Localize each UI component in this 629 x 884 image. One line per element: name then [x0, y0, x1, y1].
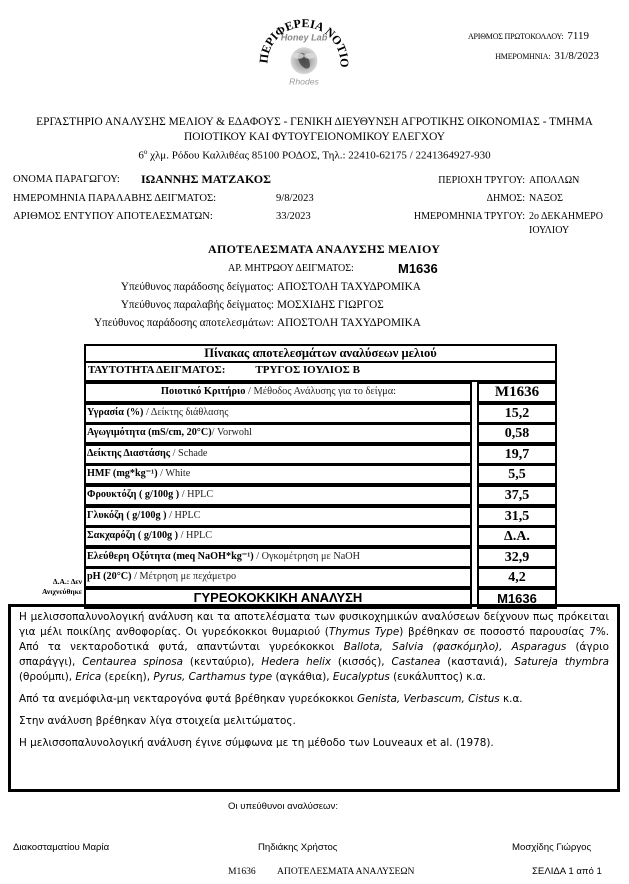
responsible-receipt-value: ΜΟΣΧΙΔΗΣ ΓΙΩΡΓΟΣ — [277, 299, 384, 311]
receipt-date: 9/8/2023 — [276, 193, 314, 204]
criteria-header-label: Ποιοτικό Κριτήριο / Μέθοδος Ανάλυσης για… — [84, 382, 472, 403]
region-logo: ΠΕΡΙΦΕΡΕΙΑ ΝΟΤΙΟΥ ΑΙΓΑΙΟΥ Honey Lab Rhod… — [256, 6, 352, 102]
responsible-delivery-label: Υπεύθυνος παράδοσης δείγματος: — [121, 281, 274, 293]
table-row-value: 32,9 — [477, 547, 557, 568]
table-row-label: Ελεύθερη Οξύτητα (meq NaOH*kg⁻¹) / Ογκομ… — [84, 547, 472, 568]
harvest-area: ΑΠΟΛΛΩΝ — [529, 175, 579, 186]
responsible-delivery-value: ΑΠΟΣΤΟΛΗ ΤΑΧΥΔΡΟΜΙΚΑ — [277, 281, 421, 293]
table-row-label: Γλυκόζη ( g/100g ) / HPLC — [84, 506, 472, 527]
responsible-receipt-label: Υπεύθυνος παραλαβής δείγματος: — [121, 299, 274, 311]
svg-text:Rhodes: Rhodes — [289, 77, 319, 87]
harvest-date-label: ΗΜΕΡΟΜΗΝΙΑ ΤΡΥΓΟΥ: — [414, 211, 525, 222]
lab-address: 6ο χλμ. Ρόδου Καλλιθέας 85100 ΡΟΔΟΣ, Τηλ… — [0, 148, 629, 162]
results-title: ΑΠΟΤΕΛΕΣΜΑΤΑ ΑΝΑΛΥΣΗΣ ΜΕΛΙΟΥ — [208, 242, 440, 257]
signatory-1: Διακοσταματίου Μαρία — [13, 842, 109, 853]
pollen-paragraph-4: Η μελισσοπαλυνολογική ανάλυση έγινε σύμφ… — [19, 736, 609, 751]
municipality: ΝΑΞΟΣ — [529, 193, 563, 204]
signatory-2: Πηδιάκης Χρήστος — [258, 842, 337, 853]
footer-page: ΣΕΛΙΔΑ 1 από 1 — [532, 866, 602, 877]
table-row-value: 15,2 — [477, 403, 557, 424]
table-row-label: Φρουκτόζη ( g/100g ) / HPLC — [84, 485, 472, 506]
footer-code: M1636 — [228, 866, 256, 877]
responsible-results-label: Υπεύθυνος παράδοσης αποτελεσμάτων: — [94, 317, 274, 329]
form-number: 33/2023 — [276, 211, 311, 222]
na-legend: Δ.Α.: Δεν Ανιχνεύθηκε — [10, 577, 82, 597]
table-row-label: pH (20°C) / Μέτρηση με πεχάμετρο — [84, 567, 472, 588]
table-row-value: 31,5 — [477, 506, 557, 527]
sample-identity-row: ΤΑΥΤΟΤΗΤΑ ΔΕΙΓΜΑΤΟΣ:ΤΡΥΓΟΣ ΙΟΥΛΙΟΣ Β — [84, 361, 557, 382]
producer-name: ΙΩΑΝΝΗΣ ΜΑΤΖΑΚΟΣ — [141, 172, 271, 187]
protocol-date: ΗΜΕΡΟΜΗΝΙΑ:31/8/2023 — [495, 50, 599, 62]
protocol-number: ΑΡΙΘΜΟΣ ΠΡΩΤΟΚΟΛΛΟΥ:7119 — [468, 30, 589, 42]
table-row-value: 37,5 — [477, 485, 557, 506]
sample-reg-number: M1636 — [398, 261, 438, 276]
footer-title: ΑΠΟΤΕΛΕΣΜΑΤΑ ΑΝΑΛΥΣΕΩΝ — [277, 866, 414, 877]
producer-name-label: ΟΝΟΜΑ ΠΑΡΑΓΩΓΟΥ: — [13, 174, 120, 185]
table-row-value: 0,58 — [477, 423, 557, 444]
honey-lab-emblem-icon: ΠΕΡΙΦΕΡΕΙΑ ΝΟΤΙΟΥ ΑΙΓΑΙΟΥ Honey Lab Rhod… — [256, 6, 352, 102]
table-row-value: Δ.Α. — [477, 526, 557, 547]
table-row-label: Υγρασία (%) / Δείκτης διάθλασης — [84, 403, 472, 424]
table-row-label: Αγωγιμότητα (mS/cm, 20°C)/ Vorwohl — [84, 423, 472, 444]
lab-name-line1: ΕΡΓΑΣΤΗΡΙΟ ΑΝΑΛΥΣΗΣ ΜΕΛΙΟΥ & ΕΔΑΦΟΥΣ - Γ… — [0, 115, 629, 130]
table-row-value: 5,5 — [477, 464, 557, 485]
harvest-date-line1: 2ο ΔΕΚΑΗΜΕΡΟ — [529, 211, 603, 222]
table-row-label: Σακχαρόζη ( g/100g ) / HPLC — [84, 526, 472, 547]
form-number-label: ΑΡΙΘΜΟΣ ΕΝΤΥΠΟΥ ΑΠΟΤΕΛΕΣΜΑΤΩΝ: — [13, 211, 213, 222]
pollen-paragraph-1: Η μελισσοπαλυνολογική ανάλυση και τα απο… — [19, 610, 609, 685]
responsible-results-value: ΑΠΟΣΤΟΛΗ ΤΑΧΥΔΡΟΜΙΚΑ — [277, 317, 421, 329]
sample-reg-label: ΑΡ. ΜΗΤΡΩΟΥ ΔΕΙΓΜΑΤΟΣ: — [228, 263, 354, 274]
criteria-header-value: M1636 — [477, 382, 557, 403]
harvest-date-line2: ΙΟΥΛΙΟΥ — [529, 225, 569, 236]
svg-text:Honey Lab: Honey Lab — [281, 33, 328, 43]
table-row-value: 19,7 — [477, 444, 557, 465]
receipt-date-label: ΗΜΕΡΟΜΗΝΙΑ ΠΑΡΑΛΑΒΗΣ ΔΕΙΓΜΑΤΟΣ: — [13, 193, 216, 204]
pollen-paragraph-2: Από τα ανεμόφιλα-μη νεκταρογόνα φυτά βρέ… — [19, 692, 609, 707]
harvest-area-label: ΠΕΡΙΟΧΗ ΤΡΥΓΟΥ: — [438, 175, 525, 186]
table-row-label: HMF (mg*kg⁻¹) / White — [84, 464, 472, 485]
signatory-3: Μοσχίδης Γιώργος — [512, 842, 591, 853]
sample-identity-label: ΤΑΥΤΟΤΗΤΑ ΔΕΙΓΜΑΤΟΣ: — [88, 364, 225, 376]
pollen-paragraph-3: Στην ανάλυση βρέθηκαν λίγα στοιχεία μελι… — [19, 714, 609, 729]
municipality-label: ΔΗΜΟΣ: — [487, 193, 525, 204]
table-row-label: Δείκτης Διαστάσης / Schade — [84, 444, 472, 465]
sample-identity-value: ΤΡΥΓΟΣ ΙΟΥΛΙΟΣ Β — [255, 364, 360, 376]
lab-name-line2: ΠΟΙΟΤΙΚΟΥ ΚΑΙ ΦΥΤΟΥΓΕΙΟΝΟΜΙΚΟΥ ΕΛΕΓΧΟΥ — [0, 130, 629, 145]
signatures-title: Οι υπεύθυνοι αναλύσεων: — [228, 801, 338, 812]
pollen-analysis-text: Η μελισσοπαλυνολογική ανάλυση και τα απο… — [8, 604, 620, 792]
table-row-value: 4,2 — [477, 567, 557, 588]
